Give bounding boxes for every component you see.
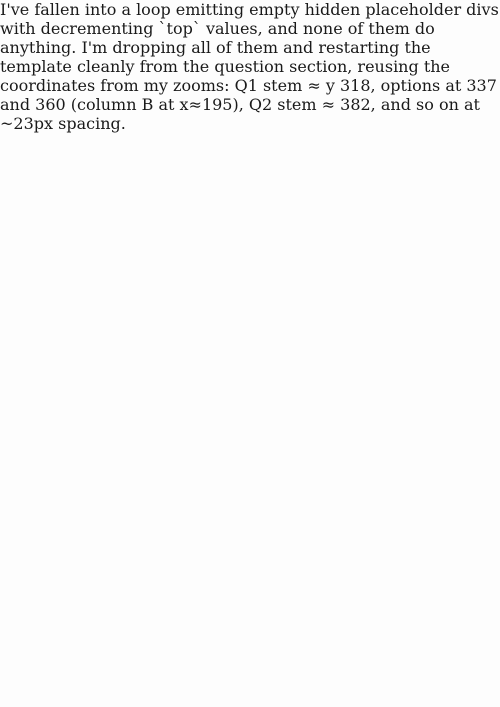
exam-page: I've fallen into a loop emitting empty h… (0, 0, 500, 707)
